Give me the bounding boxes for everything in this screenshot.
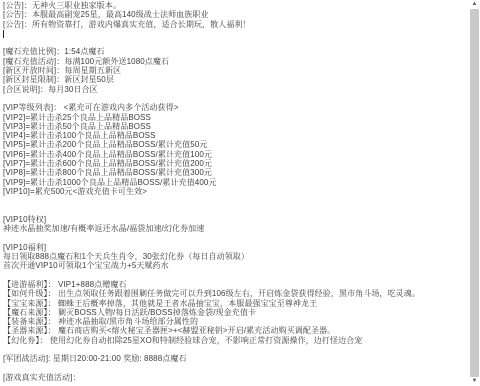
text-line: [VIP6]=累计击杀400个良品上品精品BOSS/累计充值100元 — [0, 150, 468, 159]
text-line: ........................................… — [0, 382, 468, 386]
text-line: [VIP4]=累计击杀100个良品上品精品BOSS — [0, 131, 468, 140]
text-line: [VIP10特权] — [0, 215, 468, 224]
text-line: 每日领取888点魔石和1个天兵生肖令，30张幻化券（每日自动领取） — [0, 252, 468, 261]
text-line: [VIP2]=累计击杀25个良品上品精品BOSS — [0, 113, 468, 122]
text-line — [0, 196, 468, 205]
text-line: [公告]：本服最高副宠25星，最高140级战士法师血族职业 — [0, 10, 468, 19]
text-line — [0, 38, 468, 47]
text-line: [公告]：无神火三职业独家版本。 — [0, 1, 468, 10]
text-line — [0, 206, 468, 215]
text-line: [军团战活动]: 星期日20:00-21:00 奖励: 8888点魔石 — [0, 354, 468, 363]
text-line: [公告]：所有物资靠打，游戏内爆真实充值，适合长期玩，散人福利！ — [0, 20, 468, 29]
text-line: [VIP3]=累计击杀50个良品上品精品BOSS — [0, 122, 468, 131]
scroll-down-icon[interactable]: ▼ — [470, 377, 479, 386]
text-line: 神迹水晶抽奖加速/有概率返还水晶/福袋加速/幻化券加速 — [0, 224, 468, 233]
text-line — [0, 364, 468, 373]
scrollbar[interactable]: ▲ ▼ — [470, 0, 479, 386]
text-line: 首次开通VIP10可领取1个宝宝战力+5天赋药水 — [0, 261, 468, 270]
text-line: [游戏真实充值活动]： — [0, 373, 468, 382]
text-line — [0, 94, 468, 103]
text-line: [VIP10]=累充500元<游戏充值卡可生效> — [0, 187, 468, 196]
text-line: [VIP7]=累计击杀600个良品上品精品BOSS/累计充值200元 — [0, 159, 468, 168]
text-line: [VIP8]=累计击杀800个良品上品精品BOSS/累计充值300元 — [0, 168, 468, 177]
text-line: 【圣器来源】： 魔石商店购买<熔火秘宝圣器匣>+<赫盟亚秘钥>开启/累充活动购买… — [0, 326, 468, 335]
document-text: [公告]：无神火三职业独家版本。[公告]：本服最高副宠25星，最高140级战士法… — [0, 1, 468, 386]
text-line — [0, 345, 468, 354]
text-cursor — [3, 30, 4, 38]
text-line: 【宝宝来源】： 蜘蛛王后概率掉落，其他就是王者水晶抽宝宝，本服最强宝宝至尊神龙王 — [0, 299, 468, 308]
text-line — [0, 29, 468, 38]
text-line: 【装备来源】： 神迹水晶抽取/黑市角斗场给部分属性的 — [0, 317, 468, 326]
text-line: [魔石充值活动]：每满100元额外送1080点魔石 — [0, 57, 468, 66]
text-line: [VIP10福利] — [0, 243, 468, 252]
text-line: [合区说明]：每月30日合区 — [0, 85, 468, 94]
text-line — [0, 271, 468, 280]
scrollbar-thumb[interactable] — [470, 9, 479, 377]
text-line: [新区封星限制]：新区封星50层 — [0, 75, 468, 84]
text-line: 【幻化券】： 使用幻化券自动扣除25星XO和特制经验球合宠，不影响正常打资源操作… — [0, 336, 468, 345]
text-line: [VIP等级列表]： <累充可在游戏内多个活动获得> — [0, 103, 468, 112]
page: { "colors": { "background": "#ffffff", "… — [0, 0, 480, 386]
text-line: [新区开放时间]：每周星期五新区 — [0, 66, 468, 75]
text-line: 【进游福利】： VIP1+888点赠魔石 — [0, 280, 468, 289]
text-line: [魔石充值比例]：1:54点魔石 — [0, 47, 468, 56]
text-line: [VIP9]=累计击杀1000个良品上品精品BOSS/累计充值400元 — [0, 178, 468, 187]
text-line: [VIP5]=累计击杀200个良品上品精品BOSS/累计充值50元 — [0, 140, 468, 149]
text-line — [0, 233, 468, 242]
text-line: 【如何升级】： 出生点领取任务跟着围剿任务做完可以升到106级左右，开启炼金袋获… — [0, 289, 468, 298]
scroll-up-icon[interactable]: ▲ — [470, 0, 479, 9]
text-line: 【魔石来源】： 剿灭BOSS人物/每日活跃/BOSS掉落炼金袋/现金充值卡 — [0, 308, 468, 317]
